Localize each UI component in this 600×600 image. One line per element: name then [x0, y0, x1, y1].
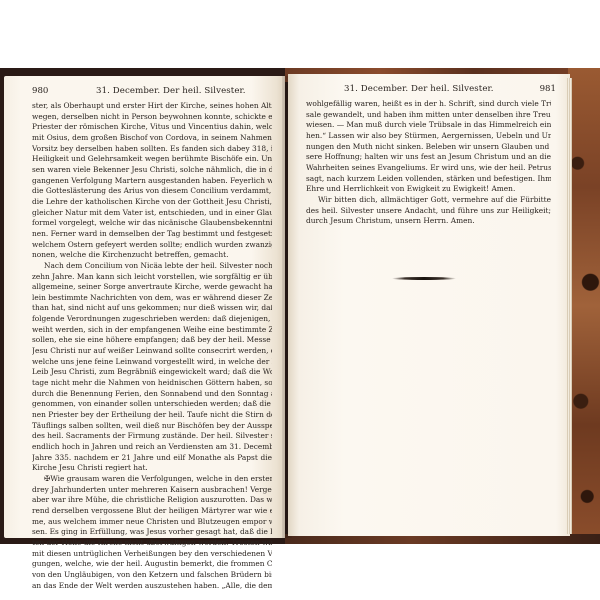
text-line: welchem Ostern gefeyert werden sollte; e…	[32, 240, 272, 251]
text-line: Jesu Christi nur auf weißer Leinwand sol…	[32, 346, 272, 357]
text-line: die Lehre der katholischen Kirche von de…	[32, 197, 272, 208]
text-line: welche uns jene feine Leinwand vorgestel…	[32, 357, 272, 368]
text-line: des heil. Silvester unsere Andacht, und …	[306, 206, 551, 217]
left-running-head: 31. December. Der heil. Silvester.	[96, 86, 246, 96]
text-line: ten der Hölle die Kirche nicht überwälti…	[32, 538, 272, 549]
text-line: durch Jesum Christum, unsern Herrn. Amen…	[306, 216, 551, 227]
text-line: Täuflings salben sollten, weil dieß nur …	[32, 421, 272, 432]
right-page-number: 981	[540, 84, 556, 94]
right-page-header: 31. December. Der heil. Silvester. 981	[288, 84, 570, 96]
text-line: rend derselben vergossene Blut der heili…	[32, 506, 272, 517]
text-line: Nach dem Concilium von Nicäa lebte der h…	[32, 261, 272, 272]
text-line: zehn Jahre. Man kann sich leicht vorstel…	[32, 272, 272, 283]
left-page-header: 980 31. December. Der heil. Silvester.	[4, 86, 285, 98]
page-edges	[566, 78, 572, 534]
text-line: Heiligkeit und Gelehrsamkeit wegen berüh…	[32, 154, 272, 165]
text-line: gleicher Natur mit dem Vater ist, entsch…	[32, 208, 272, 219]
text-line: sen. Es ging in Erfüllung, was Jesus vor…	[32, 527, 272, 538]
text-line: sen waren viele Bekenner Jesu Christi, s…	[32, 165, 272, 176]
text-line: formel vorgelegt, welche wir das nicänis…	[32, 218, 272, 229]
text-line: ✠Wie grausam waren die Verfolgungen, wel…	[32, 474, 272, 485]
text-line: sale gewandelt, und haben ihm mitten unt…	[306, 110, 551, 121]
right-running-head: 31. December. Der heil. Silvester.	[344, 84, 494, 94]
text-line: gungen, welche, wie der heil. Augustin b…	[32, 559, 272, 570]
text-line: des heil. Sacraments der Firmung zuständ…	[32, 431, 272, 442]
text-line: genommen, von einander sollen unterschie…	[32, 399, 272, 410]
text-line: sollen, ehe sie eine höhere empfangen; d…	[32, 335, 272, 346]
end-ornament-rule	[392, 277, 456, 280]
text-line: Wahrheiten seines Evangeliums. Er wird u…	[306, 163, 551, 174]
text-line: sere Hoffnung; halten wir uns fest an Je…	[306, 152, 551, 163]
text-line: endlich hoch in Jahren und reich an Verd…	[32, 442, 272, 453]
text-line: mit diesen untrüglichen Verheißungen bey…	[32, 549, 272, 560]
text-line: von den Ungläubigen, von den Ketzern und…	[32, 570, 272, 581]
text-line: wegen, derselben nicht in Person beywohn…	[32, 112, 272, 123]
text-line: wiesen. — Man muß durch viele Trübsale i…	[306, 120, 551, 131]
text-line: than hat, sind nicht auf uns gekommen; n…	[32, 303, 272, 314]
text-line: nonen, welche die Kirchenzucht betreffen…	[32, 250, 272, 261]
text-line: mit Osius, dem großen Bischof von Cordov…	[32, 133, 272, 144]
text-line: hen.“ Lassen wir also bey Stürmen, Aerge…	[306, 131, 551, 142]
left-page-number: 980	[32, 86, 48, 96]
text-line: drey Jahrhunderten unter mehreren Kaiser…	[32, 485, 272, 496]
text-line: allgemeine, seiner Sorge anvertraute Kir…	[32, 282, 272, 293]
text-line: nen Priester bey der Ertheilung der heil…	[32, 410, 272, 421]
text-line: durch die Benennung Ferien, den Sonnaben…	[32, 389, 272, 400]
text-line: ster, als Oberhaupt und erster Hirt der …	[32, 101, 272, 112]
text-line: nen. Ferner ward in demselben der Tag be…	[32, 229, 272, 240]
left-page-body: ster, als Oberhaupt und erster Hirt der …	[32, 101, 272, 591]
text-line: Wir bitten dich, allmächtiger Gott, verm…	[306, 195, 551, 206]
text-line: Vorsitz bey derselben haben sollten. Es …	[32, 144, 272, 155]
text-line: Leib Jesu Christi, zum Begräbniß eingewi…	[32, 367, 272, 378]
open-book: 980 31. December. Der heil. Silvester. s…	[0, 68, 600, 544]
text-line: Jahre 335. nachdem er 21 Jahre und eilf …	[32, 453, 272, 464]
text-line: Ehre und Herrlichkeit von Ewigkeit zu Ew…	[306, 184, 551, 195]
text-line: weiht werden, sich in der empfangenen We…	[32, 325, 272, 336]
text-line: sagt, nach kurzem Leiden vollenden, stär…	[306, 174, 551, 185]
text-line: an das Ende der Welt werden auszustehen …	[32, 581, 272, 592]
right-page: 31. December. Der heil. Silvester. 981 w…	[288, 74, 570, 536]
text-line: gangenen Verfolgung Martern ausgestanden…	[32, 176, 272, 187]
text-line: Kirche Jesu Christi regiert hat.	[32, 463, 272, 474]
text-line: nungen den Muth nicht sinken. Beleben wi…	[306, 142, 551, 153]
text-line: Priester der römischen Kirche, Vitus und…	[32, 122, 272, 133]
text-line: folgende Verordnungen zugeschrieben werd…	[32, 314, 272, 325]
text-line: lein bestimmte Nachrichten von dem, was …	[32, 293, 272, 304]
right-page-body: wohlgefällig waren, heißt es in der h. S…	[306, 99, 551, 227]
marbled-binding-edge	[568, 68, 600, 544]
text-line: wohlgefällig waren, heißt es in der h. S…	[306, 99, 551, 110]
left-page: 980 31. December. Der heil. Silvester. s…	[4, 76, 285, 538]
text-line: die Gotteslästerung des Arius von diesem…	[32, 186, 272, 197]
text-line: tage nicht mehr die Nahmen von heidnisch…	[32, 378, 272, 389]
text-line: me, aus welchem immer neue Christen und …	[32, 517, 272, 528]
text-line: aber war ihre Mühe, die christliche Reli…	[32, 495, 272, 506]
